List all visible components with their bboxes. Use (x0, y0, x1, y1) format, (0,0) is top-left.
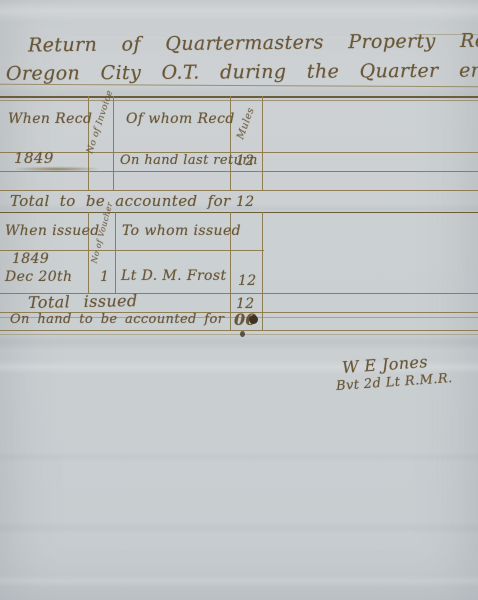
col-line-issued-4 (262, 212, 263, 331)
ink-drip (240, 331, 245, 337)
paper-crease (0, 452, 478, 462)
issued-row-date: Dec 20th (5, 269, 72, 285)
received-total-label: Total to be accounted for (10, 192, 231, 210)
paper-crease (0, 522, 478, 534)
rule-above-total (0, 190, 478, 191)
paper-crease (0, 84, 478, 104)
received-row-qty: 12 (236, 153, 255, 169)
col-line-received-2 (113, 96, 114, 190)
rule-title-underline (0, 84, 478, 88)
rule-table-top (0, 96, 478, 98)
paper-crease (0, 575, 478, 587)
issued-row-qty: 12 (238, 273, 257, 289)
received-total-qty: 12 (236, 194, 255, 210)
rule-below-received-row (0, 171, 478, 172)
issued-row-voucher: 1 (100, 269, 109, 285)
header-when-issued: When issued (5, 223, 100, 239)
header-of-whom-received: Of whom Recd (126, 111, 235, 127)
header-item-column: Mules (231, 95, 260, 151)
rule-bottom-inner (0, 334, 478, 335)
header-to-whom-issued: To whom issued (122, 223, 241, 239)
col-line-received-4 (262, 96, 263, 190)
rule-below-on-hand (0, 330, 478, 331)
issued-total-label: Total issued (28, 291, 138, 312)
issued-row-to-whom: Lt D. M. Frost (121, 268, 226, 284)
rule-fragment-top-right (415, 34, 478, 35)
header-when-received: When Recd (8, 111, 92, 127)
paper-crease (0, 0, 478, 22)
scanned-document-page: Return of Quartermasters Property Recd O… (0, 0, 478, 600)
title-line-2: Oregon City O.T. during the Quarter endi… (6, 59, 478, 85)
ink-blot (249, 315, 258, 324)
ink-smear (16, 167, 98, 171)
issued-row-year: 1849 (12, 251, 49, 267)
title-line-1: Return of Quartermasters Property Recd (28, 29, 478, 56)
rule-table-top-inner (0, 100, 478, 101)
paper-crease (0, 334, 478, 350)
on-hand-label: On hand to be accounted for (10, 312, 224, 327)
col-line-issued-2 (115, 212, 116, 293)
received-row-year: 1849 (14, 149, 54, 167)
rule-below-total (0, 212, 478, 213)
